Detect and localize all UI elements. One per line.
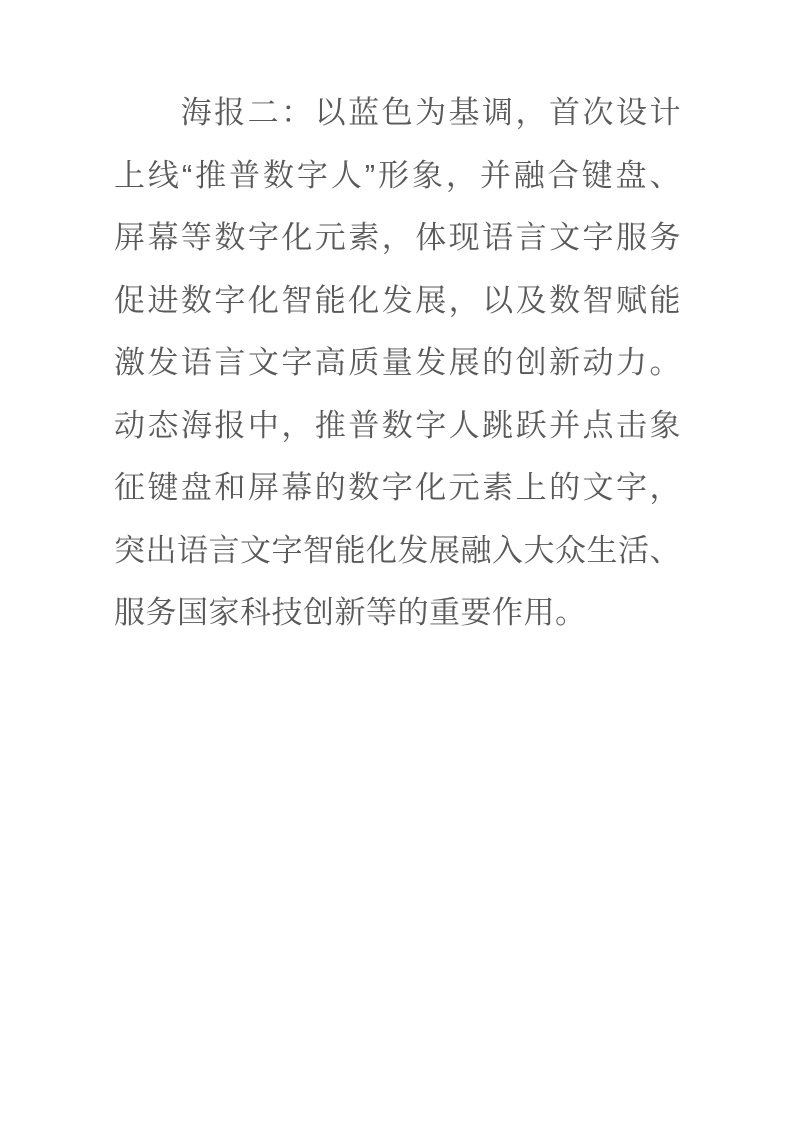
text-line: 突出语言文字智能化发展融入大众生活、 [114,520,681,583]
text-line: 屏幕等数字化元素，体现语言文字服务 [114,207,681,270]
text-line: 上线“推普数字人”形象，并融合键盘、 [114,145,681,208]
text-line: 动态海报中，推普数字人跳跃并点击象 [114,395,681,458]
text-line: 促进数字化智能化发展，以及数智赋能 [114,270,681,333]
text-line: 激发语言文字高质量发展的创新动力。 [114,332,681,395]
text-line: 海报二：以蓝色为基调，首次设计 [114,82,681,145]
text-line: 征键盘和屏幕的数字化元素上的文字， [114,457,681,520]
document-page: 海报二：以蓝色为基调，首次设计 上线“推普数字人”形象，并融合键盘、 屏幕等数字… [0,0,793,1122]
body-paragraph: 海报二：以蓝色为基调，首次设计 上线“推普数字人”形象，并融合键盘、 屏幕等数字… [114,82,681,645]
text-line: 服务国家科技创新等的重要作用。 [114,582,681,645]
